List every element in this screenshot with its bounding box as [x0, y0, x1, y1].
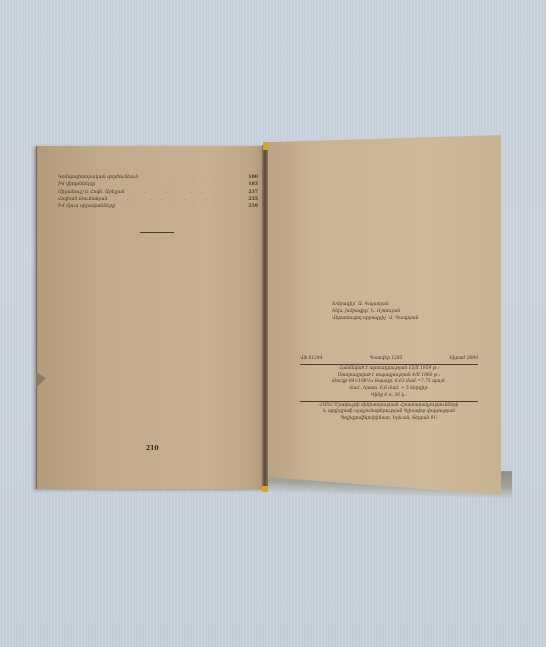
imprint-printer: ՀՍՍՀ Մշակույթի մինիստրության Հրատարակչու…: [300, 402, 478, 423]
table-of-contents: Կոմպոզիտորական գործունեուն ......... 180…: [58, 174, 258, 210]
toc-entry: Սիրանույշ և Հովհ. Աբելյան ......... 237: [58, 189, 258, 196]
toc-entry-page: 183: [236, 181, 258, 188]
toc-entry-page: 237: [236, 189, 258, 196]
page-number: 210: [146, 445, 159, 452]
toc-entry: Իմ վիոլոններյը ......... 183: [58, 181, 258, 188]
toc-entry: Հովհան Թումանյան ......... 255: [58, 196, 258, 203]
toc-entry-title: Իմ վիոլոններյը: [58, 181, 95, 188]
imprint-line: մամ., հրատ. 6,6 մամ. + 5 ներդիր։: [300, 386, 478, 393]
toc-entry-page: 180: [236, 174, 258, 181]
credit-line: Տեխ. խմբագիր՝ Ն. Ռշտույան: [332, 308, 418, 315]
toc-leader-dots: .........: [138, 174, 236, 181]
toc-entry-title: Իմ մյուս սիրականները: [58, 203, 115, 210]
toc-leader-dots: .........: [125, 189, 236, 196]
toc-entry-title: Սիրանույշ և Հովհ. Աբելյան: [58, 189, 125, 196]
credit-line: Խմբագիր՝ Ա. Գալստյան: [332, 301, 418, 308]
imprint-code: ՎՖ 01244: [300, 355, 323, 363]
toc-entry-page: 255: [236, 196, 258, 203]
book-spine-gutter: [262, 145, 268, 490]
editorial-credits: Խմբագիր՝ Ա. Գալստյան Տեխ. խմբագիր՝ Ն. Ռշ…: [332, 301, 418, 323]
printer-line: ՀՍՍՀ Մշակույթի մինիստրության Հրատարակչու…: [300, 403, 478, 410]
toc-entry-page: 259: [236, 203, 258, 210]
toc-entry: Կոմպոզիտորական գործունեուն ......... 180: [58, 174, 258, 181]
imprint-order: Պատվեր 1285: [369, 355, 402, 363]
toc-leader-dots: .........: [95, 181, 236, 188]
toc-end-rule: [140, 232, 174, 233]
page-tear-mark: [36, 372, 46, 388]
binding-thread-bottom: [262, 486, 268, 492]
imprint-header: ՎՖ 01244 Պատվեր 1285 Տիրաժ 2000: [300, 355, 478, 364]
toc-entry-title: Հովհան Թումանյան: [58, 196, 107, 203]
credit-line: Վերստուգող սրբագրիչ՝ Վ. Պապոյան: [332, 315, 418, 322]
binding-thread-top: [263, 142, 268, 150]
imprint-line: Հանձնված է արտադրության 15/X 1959 թ.։: [300, 366, 478, 373]
imprint-details: Հանձնված է արտադրության 15/X 1959 թ.։ Ստ…: [300, 364, 478, 402]
printer-line: Պոլիգրաֆկոմբինատ, Երևան, Տերյան 91։: [300, 416, 478, 423]
imprint-line: Թուղթ 84×108¹/₃₂ Տպագր. 6,63 մամ.=7,75 պ…: [300, 379, 478, 386]
publication-imprint: ՎՖ 01244 Պատվեր 1285 Տիրաժ 2000 Հանձնված…: [300, 355, 478, 422]
toc-entry: Իմ մյուս սիրականները ......... 259: [58, 203, 258, 210]
imprint-line: Գինը 6 ռ. 30 կ.։: [300, 393, 478, 400]
open-book: Կոմպոզիտորական գործունեուն ......... 180…: [0, 0, 546, 647]
toc-leader-dots: .........: [115, 203, 236, 210]
toc-entry-title: Կոմպոզիտորական գործունեուն: [58, 174, 138, 181]
imprint-copies: Տիրաժ 2000: [449, 355, 478, 363]
printer-line: և պոլիգրաֆ արդյունաբերության Գլխավոր վար…: [300, 409, 478, 416]
toc-leader-dots: .........: [107, 196, 236, 203]
